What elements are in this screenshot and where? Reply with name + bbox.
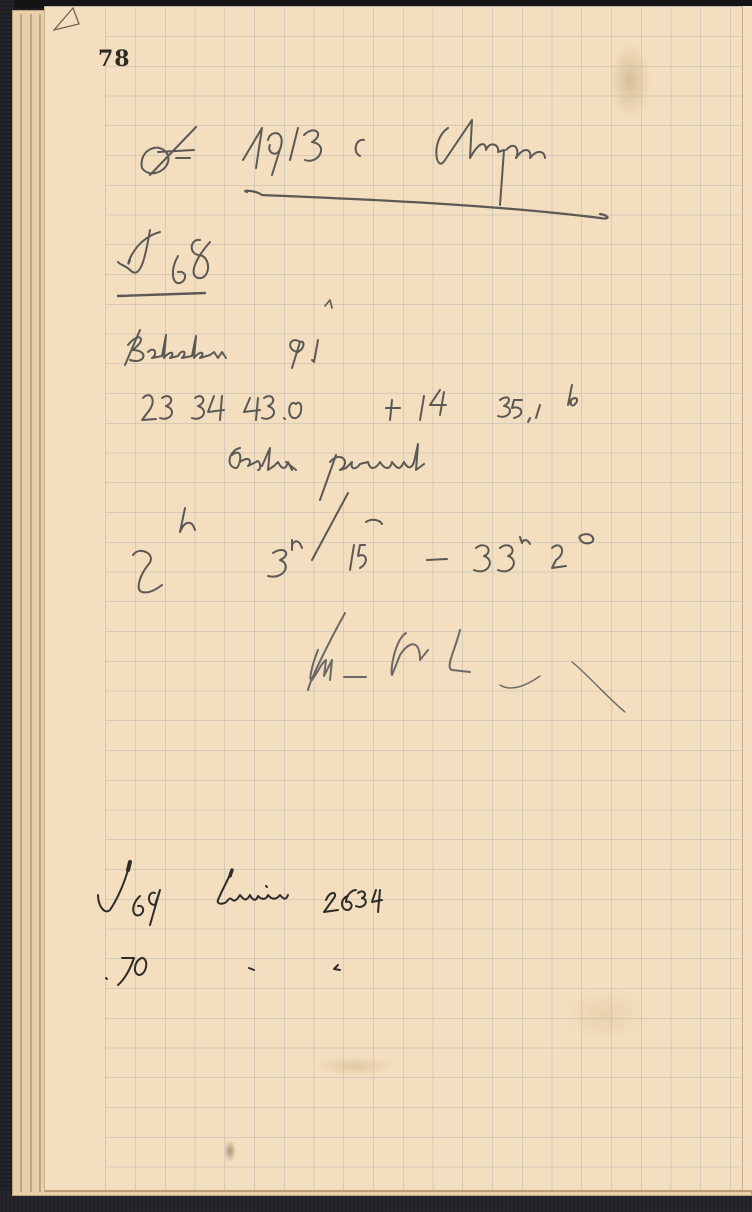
heading-handwriting <box>142 120 608 218</box>
section-69-handwriting <box>98 862 382 925</box>
handwriting-layer <box>0 0 752 1212</box>
section-70-handwriting <box>106 958 340 985</box>
measure-line-handwriting <box>133 493 593 592</box>
signature-handwriting <box>308 613 625 712</box>
section-68-label-handwriting <box>118 230 210 296</box>
observer-line-handwriting <box>125 300 332 368</box>
note-handwriting <box>230 444 424 500</box>
coordinates-handwriting <box>142 385 577 422</box>
